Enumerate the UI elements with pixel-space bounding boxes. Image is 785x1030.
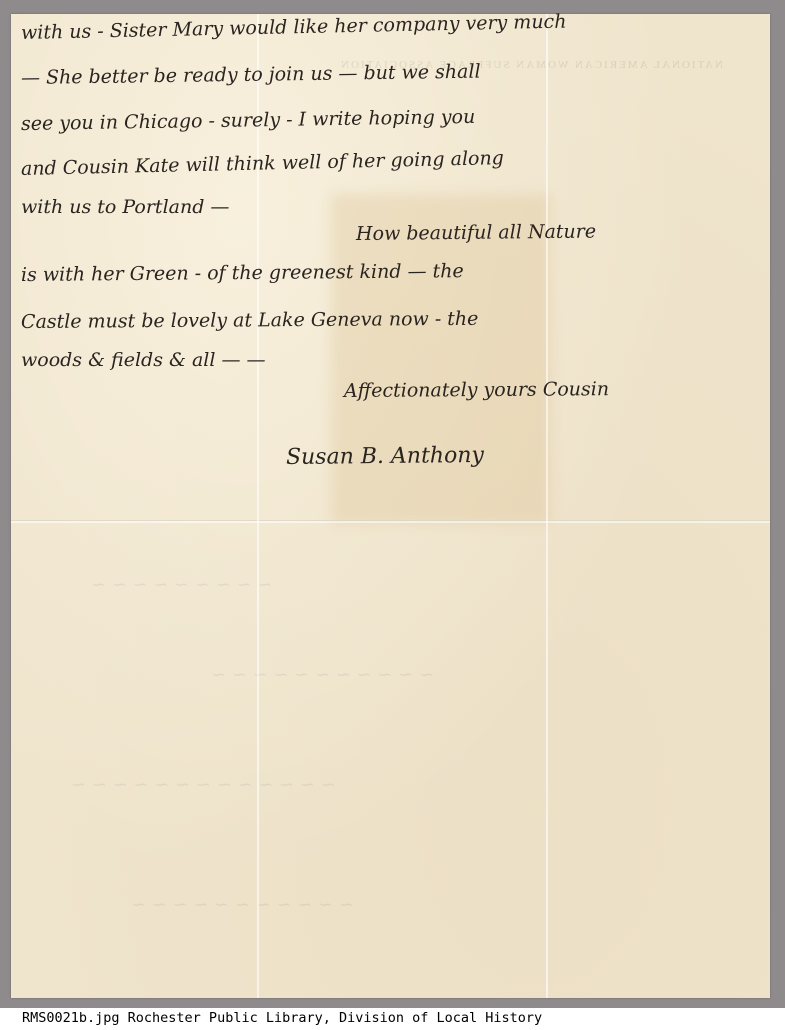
image-caption: RMS0021b.jpg Rochester Public Library, D… [22,1010,542,1026]
signature: Susan B. Anthony [286,445,484,469]
reverse-side-bleed: ~ ~ ~ ~ ~ ~ ~ ~ ~ ~ ~ ~ ~ [71,774,336,795]
letter-line: with us - Sister Mary would like her com… [21,13,567,43]
closing-line: Affectionately yours Cousin [344,380,609,401]
scan-background: NATIONAL AMERICAN WOMAN SUFFRAGE ASSOCIA… [0,0,785,1008]
letter-line: How beautiful all Nature [356,222,596,244]
letter-line: is with her Green - of the greenest kind… [21,262,464,285]
letter-line: see you in Chicago - surely - I write ho… [21,108,476,134]
letter-line: — She better be ready to join us — but w… [21,63,481,88]
horizontal-fold [11,520,770,523]
letter-line: woods & fields & all — — [21,351,266,370]
letter-page: NATIONAL AMERICAN WOMAN SUFFRAGE ASSOCIA… [11,14,770,998]
letter-line: and Cousin Kate will think well of her g… [21,149,504,179]
reverse-side-bleed: ~ ~ ~ ~ ~ ~ ~ ~ ~ ~ ~ [211,664,434,685]
reverse-side-bleed: ~ ~ ~ ~ ~ ~ ~ ~ ~ ~ ~ [131,894,354,915]
letter-line: Castle must be lovely at Lake Geneva now… [21,310,479,332]
reverse-side-bleed: ~ ~ ~ ~ ~ ~ ~ ~ ~ [91,574,273,595]
letter-line: with us to Portland — [21,198,229,217]
vertical-fold-right [546,14,548,998]
